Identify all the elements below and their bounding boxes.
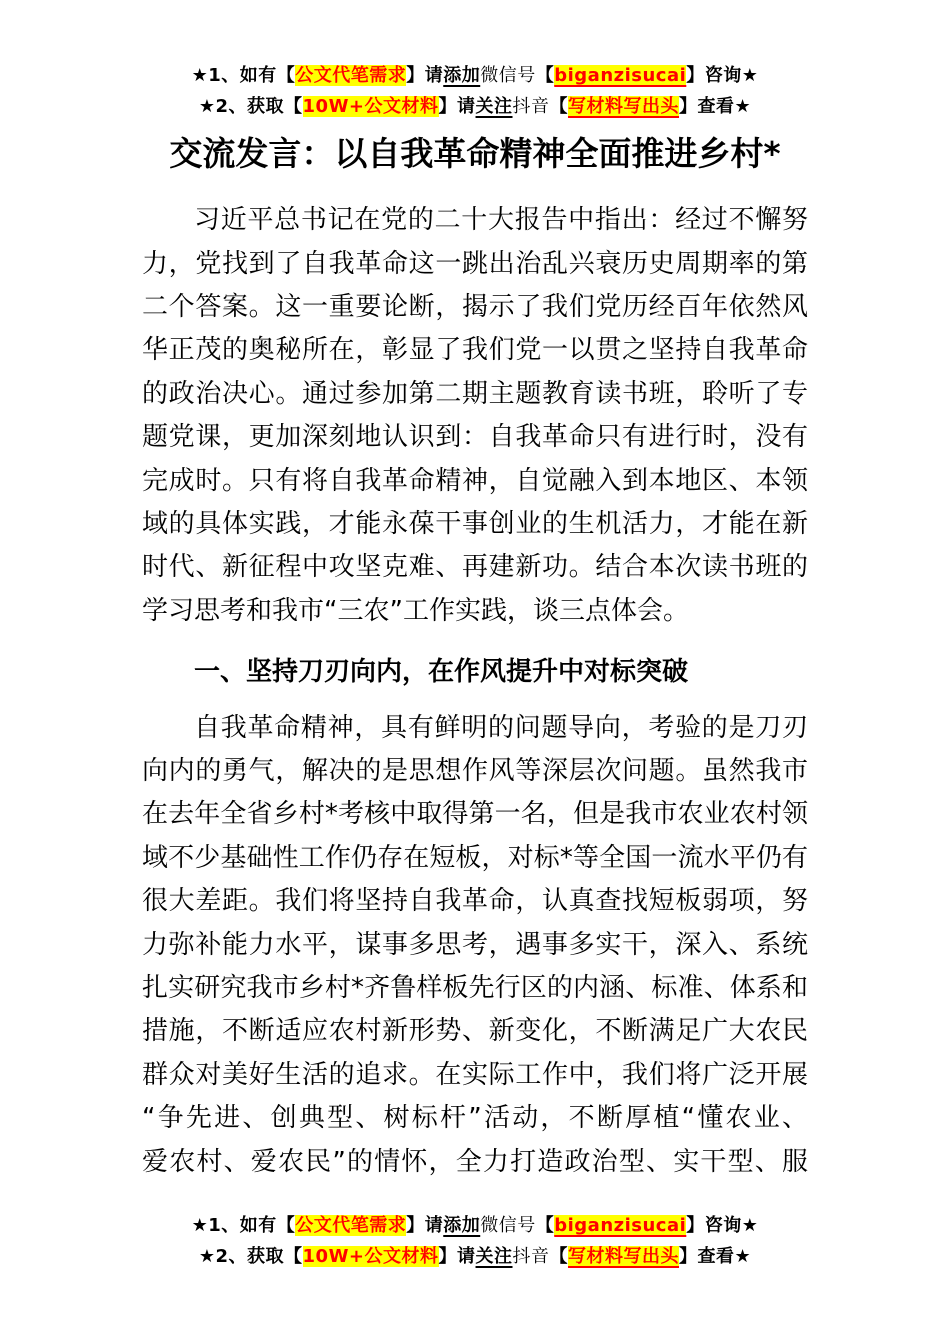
promo-text: 】请 — [406, 1215, 443, 1236]
promo-text: 添加 — [443, 1215, 480, 1236]
text-line: 力弥补能力水平，谋事多思考，遇事多实干，深入、系统 — [142, 924, 808, 967]
promo-text: 】请 — [439, 1246, 476, 1267]
promo-highlight-text: biganzisucai — [554, 1215, 686, 1236]
text-line: 华正茂的奥秘所在，彰显了我们党一以贯之坚持自我革命 — [142, 329, 808, 372]
text-line: 域不少基础性工作仍存在短板，对标*等全国一流水平仍有 — [142, 837, 808, 880]
body-paragraph: 自我革命精神，具有鲜明的问题导向，考验的是刀刃向内的勇气，解决的是思想作风等深层… — [142, 707, 808, 1184]
text-line: 爱农村、爱农民”的情怀，全力打造政治型、实干型、服 — [142, 1141, 808, 1184]
promo-footer: ★1、如有【公文代笔需求】请添加微信号【biganzisucai】咨询★★2、获… — [0, 1210, 950, 1272]
promo-text: 【 — [550, 96, 569, 117]
text-line: 题党课，更加深刻地认识到：自我革命只有进行时，没有 — [142, 416, 808, 459]
promo-header: ★1、如有【公文代笔需求】请添加微信号【biganzisucai】咨询★★2、获… — [0, 0, 950, 122]
promo-line: ★1、如有【公文代笔需求】请添加微信号【biganzisucai】咨询★ — [0, 60, 950, 91]
promo-text: ★2、获取【 — [199, 96, 303, 117]
promo-text: 】请 — [406, 65, 443, 86]
text-line: 完成时。只有将自我革命精神，自觉融入到本地区、本领 — [142, 460, 808, 503]
promo-text: 关注 — [476, 1246, 513, 1267]
promo-text: 】咨询★ — [686, 65, 758, 86]
promo-highlight-text: 公文代笔需求 — [295, 1215, 406, 1236]
promo-highlight-text: 写材料写出头 — [568, 96, 679, 117]
promo-highlight-text: 10W+公文材料 — [303, 96, 439, 117]
text-line: 二个答案。这一重要论断，揭示了我们党历经百年依然风 — [142, 286, 808, 329]
text-line: 群众对美好生活的追求。在实际工作中，我们将广泛开展 — [142, 1054, 808, 1097]
promo-text: 】查看★ — [679, 1246, 751, 1267]
body-paragraph: 习近平总书记在党的二十大报告中指出：经过不懈努力，党找到了自我革命这一跳出治乱兴… — [142, 199, 808, 633]
text-line: 域的具体实践，才能永葆干事创业的生机活力，才能在新 — [142, 503, 808, 546]
promo-line: ★2、获取【10W+公文材料】请关注抖音【写材料写出头】查看★ — [0, 1241, 950, 1272]
promo-text: 关注 — [476, 96, 513, 117]
text-line: 扎实研究我市乡村*齐鲁样板先行区的内涵、标准、体系和 — [142, 967, 808, 1010]
text-line: 措施，不断适应农村新形势、新变化，不断满足广大农民 — [142, 1010, 808, 1053]
promo-text: 微信号 — [480, 1215, 536, 1236]
text-line: 习近平总书记在党的二十大报告中指出：经过不懈努 — [142, 199, 808, 242]
promo-text: 】咨询★ — [686, 1215, 758, 1236]
promo-text: 【 — [550, 1246, 569, 1267]
promo-text: 】查看★ — [679, 96, 751, 117]
document-title: 交流发言：以自我革命精神全面推进乡村* — [0, 131, 950, 177]
text-line: 在去年全省乡村*考核中取得第一名，但是我市农业农村领 — [142, 793, 808, 836]
promo-line: ★1、如有【公文代笔需求】请添加微信号【biganzisucai】咨询★ — [0, 1210, 950, 1241]
text-line: 一、坚持刀刃向内，在作风提升中对标突破 — [142, 651, 808, 694]
text-line: 力，党找到了自我革命这一跳出治乱兴衰历史周期率的第 — [142, 243, 808, 286]
section-heading: 一、坚持刀刃向内，在作风提升中对标突破 — [142, 651, 808, 694]
promo-highlight-text: 写材料写出头 — [568, 1246, 679, 1267]
text-line: “争先进、创典型、树标杆”活动，不断厚植“懂农业、 — [142, 1097, 808, 1140]
document-body: 习近平总书记在党的二十大报告中指出：经过不懈努力，党找到了自我革命这一跳出治乱兴… — [142, 199, 808, 1184]
promo-text: 【 — [536, 1215, 555, 1236]
promo-text: 抖音 — [513, 1246, 550, 1267]
promo-highlight-text: 公文代笔需求 — [295, 65, 406, 86]
promo-text: ★1、如有【 — [192, 65, 296, 86]
document-page: ★1、如有【公文代笔需求】请添加微信号【biganzisucai】咨询★★2、获… — [0, 0, 950, 1344]
promo-text: 【 — [536, 65, 555, 86]
text-line: 向内的勇气，解决的是思想作风等深层次问题。虽然我市 — [142, 750, 808, 793]
promo-highlight-text: 10W+公文材料 — [303, 1246, 439, 1267]
promo-text: ★1、如有【 — [192, 1215, 296, 1236]
text-line: 很大差距。我们将坚持自我革命，认真查找短板弱项，努 — [142, 880, 808, 923]
promo-text: 添加 — [443, 65, 480, 86]
promo-line: ★2、获取【10W+公文材料】请关注抖音【写材料写出头】查看★ — [0, 91, 950, 122]
promo-text: ★2、获取【 — [199, 1246, 303, 1267]
text-line: 学习思考和我市“三农”工作实践，谈三点体会。 — [142, 590, 808, 633]
text-line: 的政治决心。通过参加第二期主题教育读书班，聆听了专 — [142, 373, 808, 416]
promo-text: 微信号 — [480, 65, 536, 86]
text-line: 自我革命精神，具有鲜明的问题导向，考验的是刀刃 — [142, 707, 808, 750]
promo-highlight-text: biganzisucai — [554, 65, 686, 86]
text-line: 时代、新征程中攻坚克难、再建新功。结合本次读书班的 — [142, 546, 808, 589]
promo-text: 抖音 — [513, 96, 550, 117]
promo-text: 】请 — [439, 96, 476, 117]
